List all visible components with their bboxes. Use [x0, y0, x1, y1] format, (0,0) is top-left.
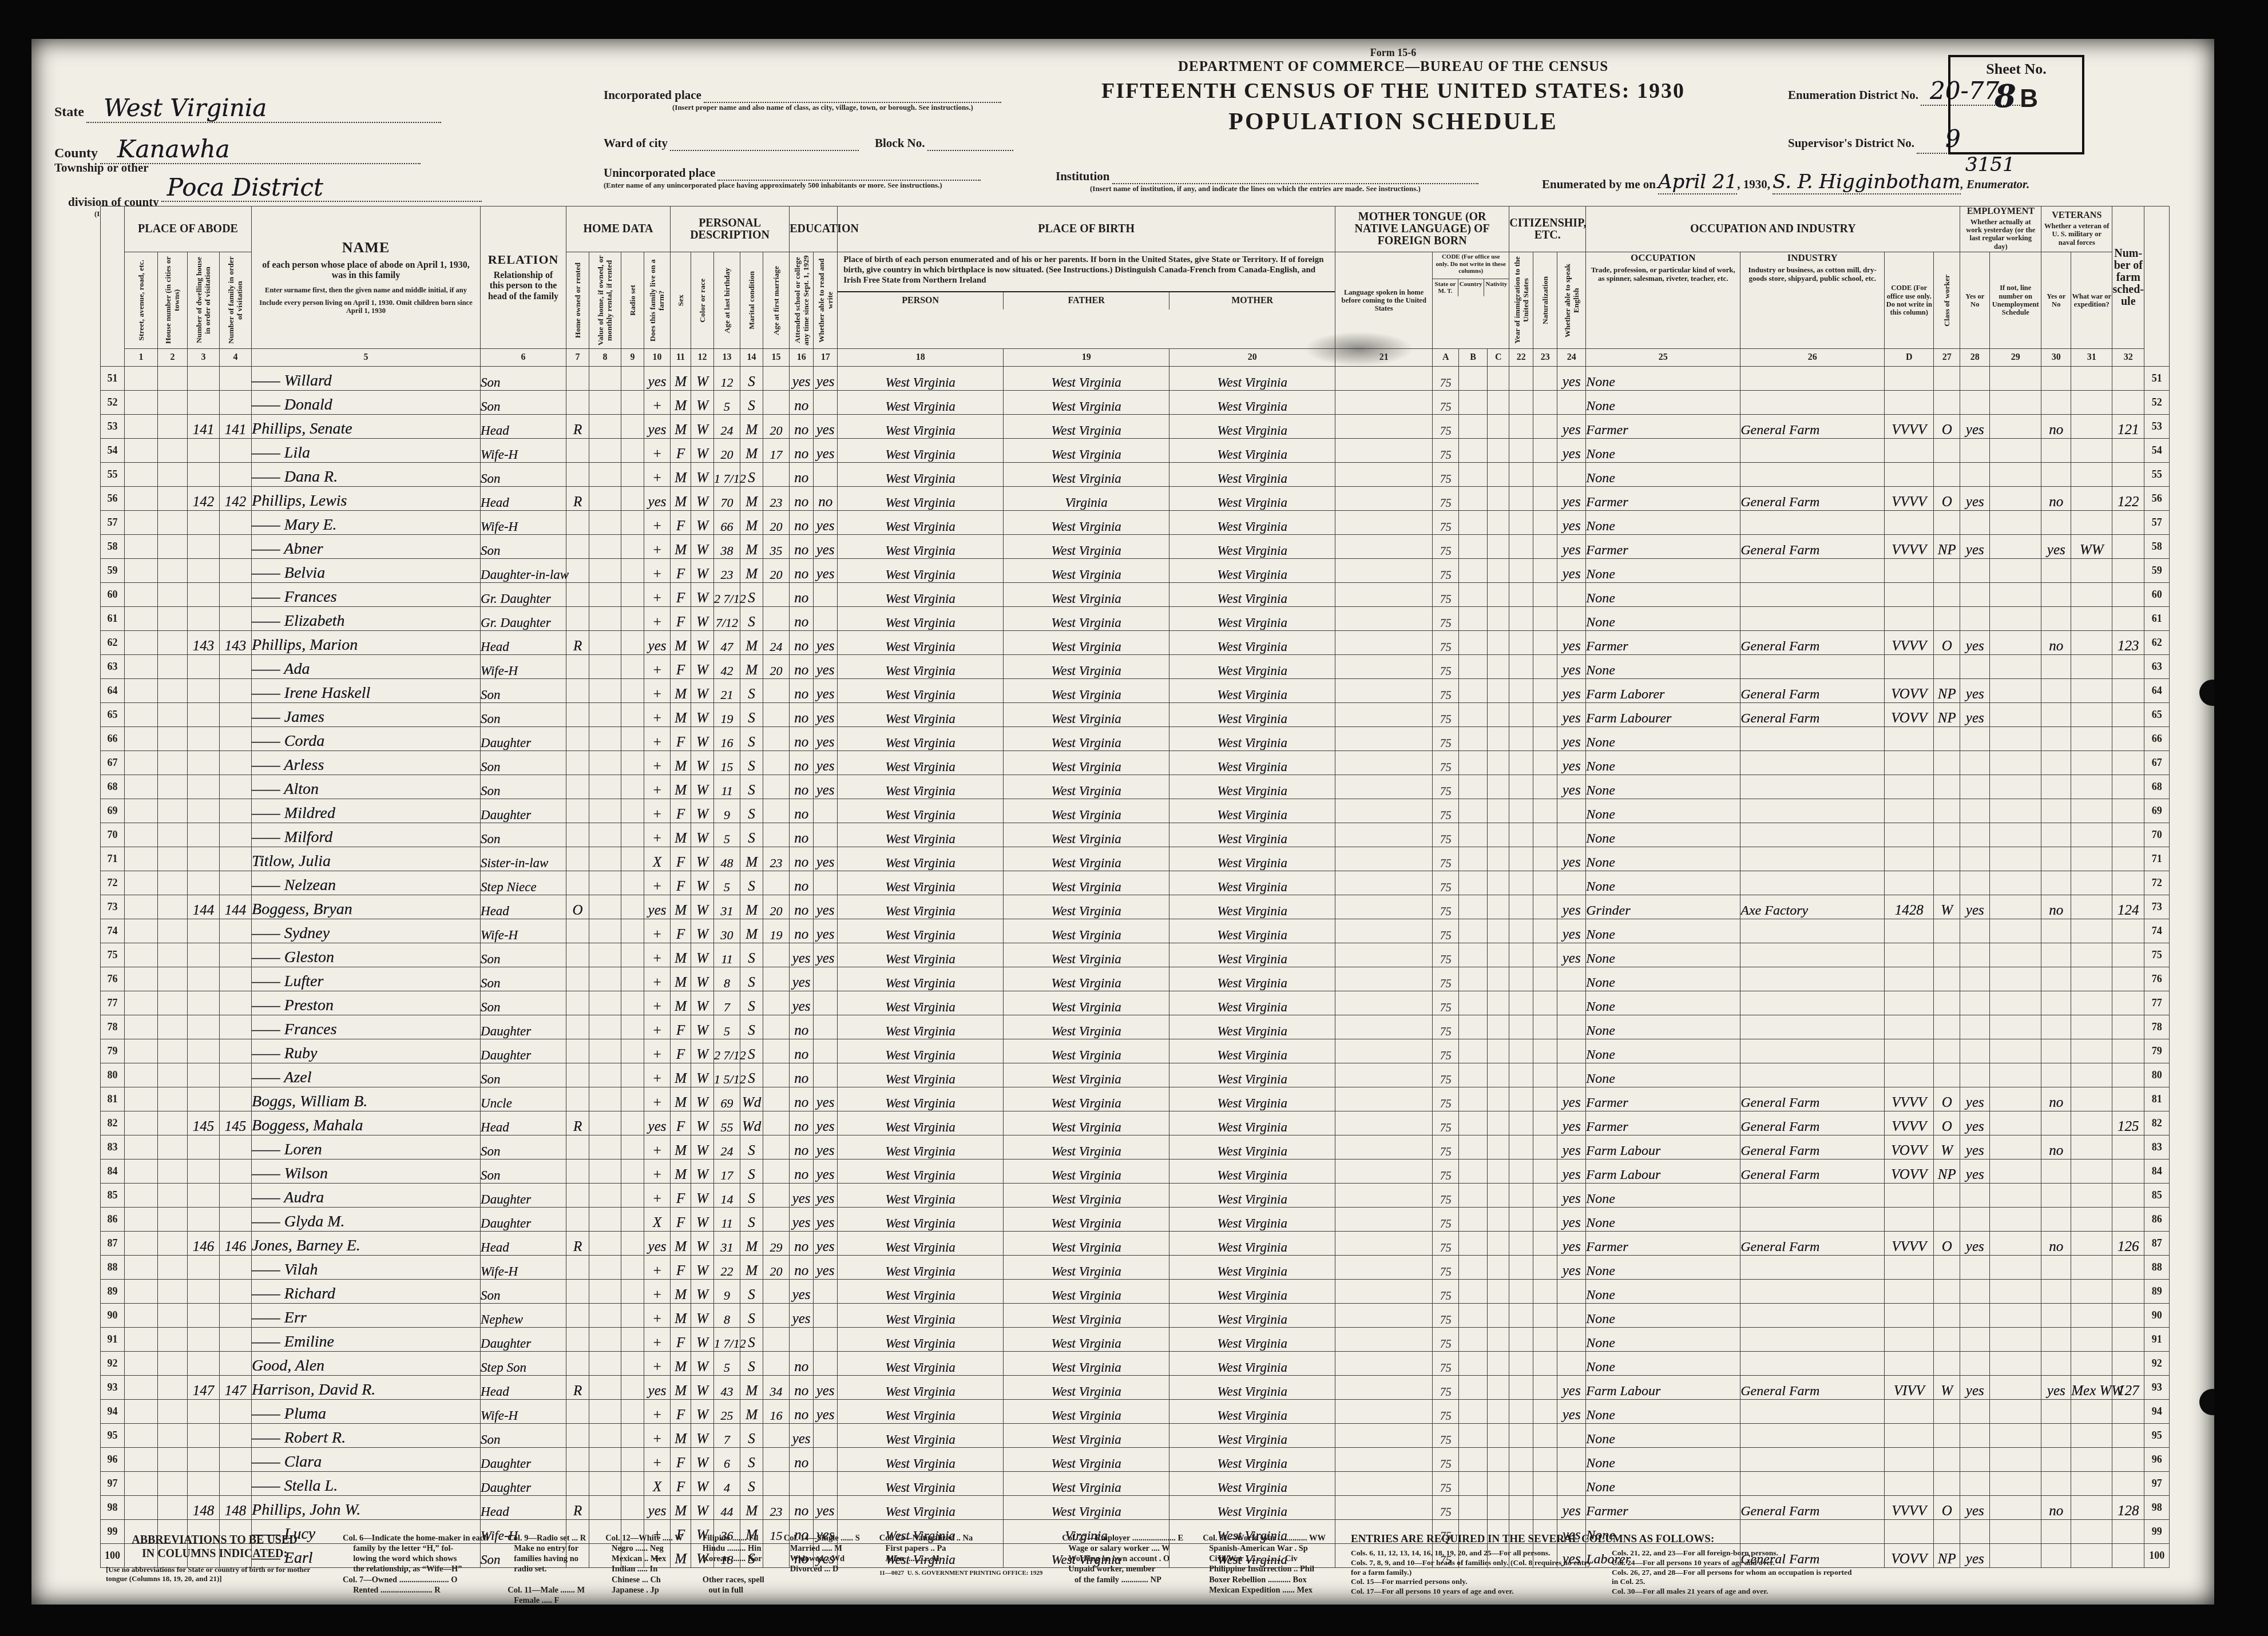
cell-c2 [158, 1256, 188, 1280]
cell-c25: Farmer [1586, 487, 1740, 511]
cell-c16: yes [790, 1424, 814, 1448]
cell-ln: 59 [101, 559, 125, 583]
cell-c26 [1740, 727, 1885, 751]
cell-c22 [1509, 1400, 1533, 1424]
cell-c27: O [1934, 1496, 1960, 1520]
cell-c6: Daughter [481, 1208, 566, 1232]
cell-c6: Wife-H [481, 655, 566, 679]
cell-c16: no [790, 439, 814, 463]
cell-c13: 7 [714, 991, 740, 1015]
cell-c8 [589, 511, 621, 535]
cell-c19: West Virginia [1004, 607, 1169, 631]
cell-c16: no [790, 823, 814, 847]
cell-c32 [2112, 799, 2144, 823]
cell-cC [1488, 607, 1509, 631]
cell-c23 [1533, 1280, 1557, 1304]
cell-lnr: 73 [2144, 895, 2170, 919]
cell-c28 [1960, 727, 1990, 751]
cell-c22 [1509, 631, 1533, 655]
enumerated-date: April 21 [1658, 170, 1737, 193]
cell-c8 [589, 631, 621, 655]
cell-c31: Mex WW [2071, 1376, 2112, 1400]
cell-cA: 75 [1433, 751, 1459, 775]
cell-c4 [220, 1160, 252, 1184]
cell-c10: + [644, 511, 671, 535]
cell-c1 [125, 1472, 158, 1496]
cell-c12: W [691, 871, 714, 895]
cell-cB [1459, 823, 1488, 847]
column-number-23: 23 [1533, 349, 1557, 367]
cell-c26 [1740, 583, 1885, 607]
cell-c20: West Virginia [1169, 439, 1335, 463]
cell-c15 [763, 1424, 790, 1448]
cell-c22 [1509, 703, 1533, 727]
cell-c20: West Virginia [1169, 463, 1335, 487]
cell-c5: —— Irene Haskell [252, 679, 481, 703]
form-header: Form 15-6 DEPARTMENT OF COMMERCE—BUREAU … [31, 39, 2214, 206]
cell-c4 [220, 583, 252, 607]
cell-c30 [2041, 943, 2071, 967]
cell-c25: Farmer [1586, 415, 1740, 439]
table-row: 55—— Dana R.Son+MW1 7/12SnoWest Virginia… [101, 463, 2170, 487]
cell-c21 [1335, 415, 1433, 439]
cell-c16: yes [790, 367, 814, 391]
cell-c26 [1740, 607, 1885, 631]
cell-c21 [1335, 1087, 1433, 1111]
cell-c9 [621, 1304, 644, 1328]
cell-c12: W [691, 823, 714, 847]
cell-cA: 75 [1433, 991, 1459, 1015]
cell-c19: West Virginia [1004, 1015, 1169, 1039]
cell-c26 [1740, 967, 1885, 991]
cell-c24 [1557, 991, 1586, 1015]
cell-c2 [158, 871, 188, 895]
cell-c13: 20 [714, 439, 740, 463]
cell-c32 [2112, 967, 2144, 991]
cell-cC [1488, 583, 1509, 607]
cell-c5: —— Mary E. [252, 511, 481, 535]
cell-c17 [814, 1039, 838, 1063]
cell-lnr: 98 [2144, 1496, 2170, 1520]
cell-c12: W [691, 583, 714, 607]
cell-c2 [158, 391, 188, 415]
cell-c9 [621, 991, 644, 1015]
column-number-9: 9 [621, 349, 644, 367]
cell-c31 [2071, 823, 2112, 847]
cell-c19: West Virginia [1004, 1256, 1169, 1280]
cell-c8 [589, 1400, 621, 1424]
cell-cD [1885, 1472, 1934, 1496]
cell-c14: M [740, 1256, 763, 1280]
cell-c10: + [644, 391, 671, 415]
cell-c14: S [740, 1208, 763, 1232]
cell-c11: M [671, 1424, 691, 1448]
cell-c3 [188, 1184, 220, 1208]
cell-c7 [566, 1063, 589, 1087]
cell-c3 [188, 1039, 220, 1063]
cell-c16: no [790, 1039, 814, 1063]
cell-c11: F [671, 1184, 691, 1208]
cell-cB [1459, 1232, 1488, 1256]
cell-c25: None [1586, 775, 1740, 799]
cell-c16: no [790, 775, 814, 799]
cell-c19: West Virginia [1004, 1352, 1169, 1376]
cell-c29 [1990, 511, 2041, 535]
cell-c15 [763, 1111, 790, 1135]
cell-lnr: 76 [2144, 967, 2170, 991]
cell-c3 [188, 847, 220, 871]
cell-c28 [1960, 1424, 1990, 1448]
census-scan-page: Form 15-6 DEPARTMENT OF COMMERCE—BUREAU … [31, 39, 2214, 1605]
county-field: County Kanawha [54, 135, 421, 164]
cell-c22 [1509, 1448, 1533, 1472]
cell-c1 [125, 1400, 158, 1424]
table-row: 63—— AdaWife-H+FW42M20noyesWest Virginia… [101, 655, 2170, 679]
cell-c11: M [671, 943, 691, 967]
cell-c18: West Virginia [838, 943, 1004, 967]
cell-c32 [2112, 511, 2144, 535]
cell-c19: West Virginia [1004, 1184, 1169, 1208]
cell-c30 [2041, 1208, 2071, 1232]
table-row: 87146146Jones, Barney E.HeadRyesMW31M29n… [101, 1232, 2170, 1256]
cell-c2 [158, 703, 188, 727]
cell-c19: West Virginia [1004, 1039, 1169, 1063]
cell-c29 [1990, 607, 2041, 631]
cell-cA: 75 [1433, 847, 1459, 871]
cell-c2 [158, 487, 188, 511]
cell-c14: S [740, 991, 763, 1015]
cell-lnr: 62 [2144, 631, 2170, 655]
cell-c4 [220, 1448, 252, 1472]
cell-c27: W [1934, 1135, 1960, 1160]
cell-c6: Son [481, 775, 566, 799]
cell-c10: + [644, 1135, 671, 1160]
cell-c1 [125, 991, 158, 1015]
cell-c3 [188, 1280, 220, 1304]
cell-cA: 75 [1433, 559, 1459, 583]
cell-c32: 127 [2112, 1376, 2144, 1400]
cell-c27 [1934, 391, 1960, 415]
cell-c32: 123 [2112, 631, 2144, 655]
cell-c22 [1509, 823, 1533, 847]
cell-c32 [2112, 655, 2144, 679]
cell-c25: None [1586, 1280, 1740, 1304]
cell-c31 [2071, 895, 2112, 919]
cell-c17 [814, 463, 838, 487]
cell-c25: None [1586, 1304, 1740, 1328]
sheet-label: Sheet No. [1950, 61, 2082, 78]
cell-c29 [1990, 1352, 2041, 1376]
cell-c21 [1335, 775, 1433, 799]
cell-c12: W [691, 751, 714, 775]
stamp-3151: 3151 [1965, 153, 2015, 176]
census-table: PLACE OF ABODE NAME of each person whose… [100, 206, 2170, 1568]
group-veterans: VETERANS Whether a vet­eran of U. S. mil… [2041, 207, 2112, 252]
cell-c30: no [2041, 487, 2071, 511]
cell-cD [1885, 1256, 1934, 1280]
cell-c18: West Virginia [838, 775, 1004, 799]
cell-c11: M [671, 751, 691, 775]
cell-c4 [220, 391, 252, 415]
cell-c12: W [691, 991, 714, 1015]
cell-c8 [589, 1256, 621, 1280]
cell-c5: Harrison, David R. [252, 1376, 481, 1400]
cell-c7 [566, 1328, 589, 1352]
cell-c3: 145 [188, 1111, 220, 1135]
cell-c27 [1934, 463, 1960, 487]
cell-c20: West Virginia [1169, 847, 1335, 871]
cell-c8 [589, 415, 621, 439]
cell-c25: None [1586, 1352, 1740, 1376]
cell-c21 [1335, 799, 1433, 823]
cell-c30 [2041, 967, 2071, 991]
cell-c23 [1533, 511, 1557, 535]
cell-c6: Uncle [481, 1087, 566, 1111]
cell-c14: S [740, 751, 763, 775]
cell-c5: —— Robert R. [252, 1424, 481, 1448]
cell-c6: Son [481, 463, 566, 487]
cell-c25: None [1586, 919, 1740, 943]
cell-c28: yes [1960, 895, 1990, 919]
cell-cC [1488, 367, 1509, 391]
cell-c18: West Virginia [838, 1232, 1004, 1256]
abbrev-col12b: Filipino ....... FilHindu ......... HinK… [703, 1533, 764, 1595]
cell-c23 [1533, 535, 1557, 559]
cell-c5: —— Dana R. [252, 463, 481, 487]
cell-c28: yes [1960, 535, 1990, 559]
cell-lnr: 85 [2144, 1184, 2170, 1208]
cell-c1 [125, 655, 158, 679]
cell-c27 [1934, 727, 1960, 751]
cell-c32 [2112, 559, 2144, 583]
abbrev-note: [Use no abbreviations for State or count… [106, 1565, 312, 1584]
cell-c9 [621, 1111, 644, 1135]
cell-c29 [1990, 1376, 2041, 1400]
cell-cC [1488, 1472, 1509, 1496]
cell-c7: O [566, 895, 589, 919]
cell-c29 [1990, 1472, 2041, 1496]
cell-c24: yes [1557, 1135, 1586, 1160]
cell-c13: 11 [714, 1208, 740, 1232]
cell-c1 [125, 1280, 158, 1304]
cell-c7 [566, 1400, 589, 1424]
cell-c29 [1990, 775, 2041, 799]
cell-c11: M [671, 1376, 691, 1400]
cell-c20: West Virginia [1169, 751, 1335, 775]
cell-c10: + [644, 871, 671, 895]
cell-c3 [188, 1304, 220, 1328]
cell-c16: no [790, 1015, 814, 1039]
cell-c21 [1335, 679, 1433, 703]
cell-c20: West Virginia [1169, 1472, 1335, 1496]
cell-c30 [2041, 751, 2071, 775]
cell-c14: S [740, 367, 763, 391]
cell-c6: Daughter [481, 1328, 566, 1352]
cell-c6: Son [481, 1135, 566, 1160]
table-row: 61—— ElizabethGr. Daughter+FW7/12SnoWest… [101, 607, 2170, 631]
cell-c4 [220, 943, 252, 967]
institution-label: Institution [1056, 169, 1110, 183]
column-number-C: C [1488, 349, 1509, 367]
cell-c19: West Virginia [1004, 391, 1169, 415]
cell-c22 [1509, 583, 1533, 607]
cell-c11: F [671, 799, 691, 823]
cell-c11: M [671, 631, 691, 655]
cell-c17: yes [814, 415, 838, 439]
cell-c6: Son [481, 823, 566, 847]
cell-c14: M [740, 511, 763, 535]
cell-c10: + [644, 799, 671, 823]
cell-c18: West Virginia [838, 631, 1004, 655]
cell-c12: W [691, 439, 714, 463]
cell-c3 [188, 655, 220, 679]
cell-c27: NP [1934, 679, 1960, 703]
cell-cD: VOVV [1885, 679, 1934, 703]
cell-c10: yes [644, 1111, 671, 1135]
abbrev-col14: Col. 14—Single ...... S Married ..... M … [784, 1533, 860, 1575]
cell-c3 [188, 919, 220, 943]
cell-c19: West Virginia [1004, 919, 1169, 943]
cell-c16: yes [790, 1208, 814, 1232]
cell-c20: West Virginia [1169, 943, 1335, 967]
table-row: 53141141Phillips, SenateHeadRyesMW24M20n… [101, 415, 2170, 439]
cell-c26 [1740, 367, 1885, 391]
cell-c17: yes [814, 1184, 838, 1208]
cell-c3: 147 [188, 1376, 220, 1400]
cell-c20: West Virginia [1169, 1208, 1335, 1232]
cell-c18: West Virginia [838, 727, 1004, 751]
cell-c6: Head [481, 1496, 566, 1520]
cell-c17: yes [814, 1135, 838, 1160]
cell-c12: W [691, 1015, 714, 1039]
cell-c4 [220, 559, 252, 583]
cell-c8 [589, 1015, 621, 1039]
cell-c3 [188, 1135, 220, 1160]
cell-c5: —— Mildred [252, 799, 481, 823]
cell-c14: M [740, 415, 763, 439]
cell-c8 [589, 895, 621, 919]
cell-c16: no [790, 847, 814, 871]
cell-c5: —— Abner [252, 535, 481, 559]
cell-c28 [1960, 559, 1990, 583]
cell-c8 [589, 655, 621, 679]
cell-c29 [1990, 991, 2041, 1015]
cell-c6: Son [481, 1160, 566, 1184]
cell-c12: W [691, 1039, 714, 1063]
form-masthead: Form 15-6 DEPARTMENT OF COMMERCE—BUREAU … [924, 47, 1862, 136]
cell-c18: West Virginia [838, 1304, 1004, 1328]
cell-c11: F [671, 727, 691, 751]
cell-c8 [589, 1280, 621, 1304]
cell-cD [1885, 559, 1934, 583]
cell-c19: West Virginia [1004, 823, 1169, 847]
group-personal-description: PERSONAL DESCRIPTION [671, 207, 790, 252]
cell-cB [1459, 655, 1488, 679]
cell-c19: West Virginia [1004, 1376, 1169, 1400]
cell-c16: yes [790, 991, 814, 1015]
table-row: 54—— LilaWife-H+FW20M17noyesWest Virgini… [101, 439, 2170, 463]
cell-c2 [158, 1496, 188, 1520]
cell-c19: West Virginia [1004, 463, 1169, 487]
cell-cA: 75 [1433, 1424, 1459, 1448]
cell-c18: West Virginia [838, 487, 1004, 511]
cell-c24: yes [1557, 1208, 1586, 1232]
cell-c10: + [644, 943, 671, 967]
cell-c3: 144 [188, 895, 220, 919]
cell-c23 [1533, 1111, 1557, 1135]
cell-c12: W [691, 535, 714, 559]
cell-c25: None [1586, 391, 1740, 415]
cell-c7 [566, 367, 589, 391]
cell-c21 [1335, 991, 1433, 1015]
cell-c31 [2071, 1039, 2112, 1063]
cell-cA: 75 [1433, 583, 1459, 607]
census-title: FIFTEENTH CENSUS OF THE UNITED STATES: 1… [924, 78, 1862, 104]
cell-c19: West Virginia [1004, 943, 1169, 967]
cell-c25: None [1586, 1039, 1740, 1063]
cell-c4 [220, 727, 252, 751]
cell-c27 [1934, 943, 1960, 967]
cell-c1 [125, 1376, 158, 1400]
cell-c26: Axe Factory [1740, 895, 1885, 919]
cell-c22 [1509, 775, 1533, 799]
cell-c3: 146 [188, 1232, 220, 1256]
cell-c21 [1335, 1111, 1433, 1135]
cell-c27 [1934, 559, 1960, 583]
cell-cD [1885, 1352, 1934, 1376]
cell-ln: 61 [101, 607, 125, 631]
cell-c10: yes [644, 1376, 671, 1400]
cell-cD: VVVV [1885, 1496, 1934, 1520]
cell-c3: 142 [188, 487, 220, 511]
cell-c9 [621, 703, 644, 727]
cell-c1 [125, 583, 158, 607]
cell-cD [1885, 1015, 1934, 1039]
cell-c16 [790, 1472, 814, 1496]
cell-c5: —— Err [252, 1304, 481, 1328]
cell-cD [1885, 1208, 1934, 1232]
cell-cC [1488, 1376, 1509, 1400]
cell-c23 [1533, 727, 1557, 751]
cell-c25: Farmer [1586, 1087, 1740, 1111]
cell-c20: West Virginia [1169, 1184, 1335, 1208]
cell-c7 [566, 799, 589, 823]
cell-ln: 84 [101, 1160, 125, 1184]
cell-c24: yes [1557, 367, 1586, 391]
table-row: 93147147Harrison, David R.HeadRyesMW43M3… [101, 1376, 2170, 1400]
cell-c7 [566, 583, 589, 607]
cell-cB [1459, 1087, 1488, 1111]
cell-cA: 75 [1433, 655, 1459, 679]
cell-c4 [220, 871, 252, 895]
cell-lnr: 61 [2144, 607, 2170, 631]
cell-c15: 20 [763, 559, 790, 583]
cell-c12: W [691, 775, 714, 799]
cell-c7 [566, 751, 589, 775]
cell-c9 [621, 1160, 644, 1184]
cell-c1 [125, 1256, 158, 1280]
cell-c29 [1990, 1448, 2041, 1472]
cell-cB [1459, 895, 1488, 919]
cell-c21 [1335, 1352, 1433, 1376]
cell-c17: yes [814, 1160, 838, 1184]
cell-cD [1885, 1280, 1934, 1304]
cell-cA: 75 [1433, 1280, 1459, 1304]
cell-c5: —— Loren [252, 1135, 481, 1160]
cell-c28 [1960, 463, 1990, 487]
cell-c5: —— Milford [252, 823, 481, 847]
cell-c7: R [566, 1111, 589, 1135]
